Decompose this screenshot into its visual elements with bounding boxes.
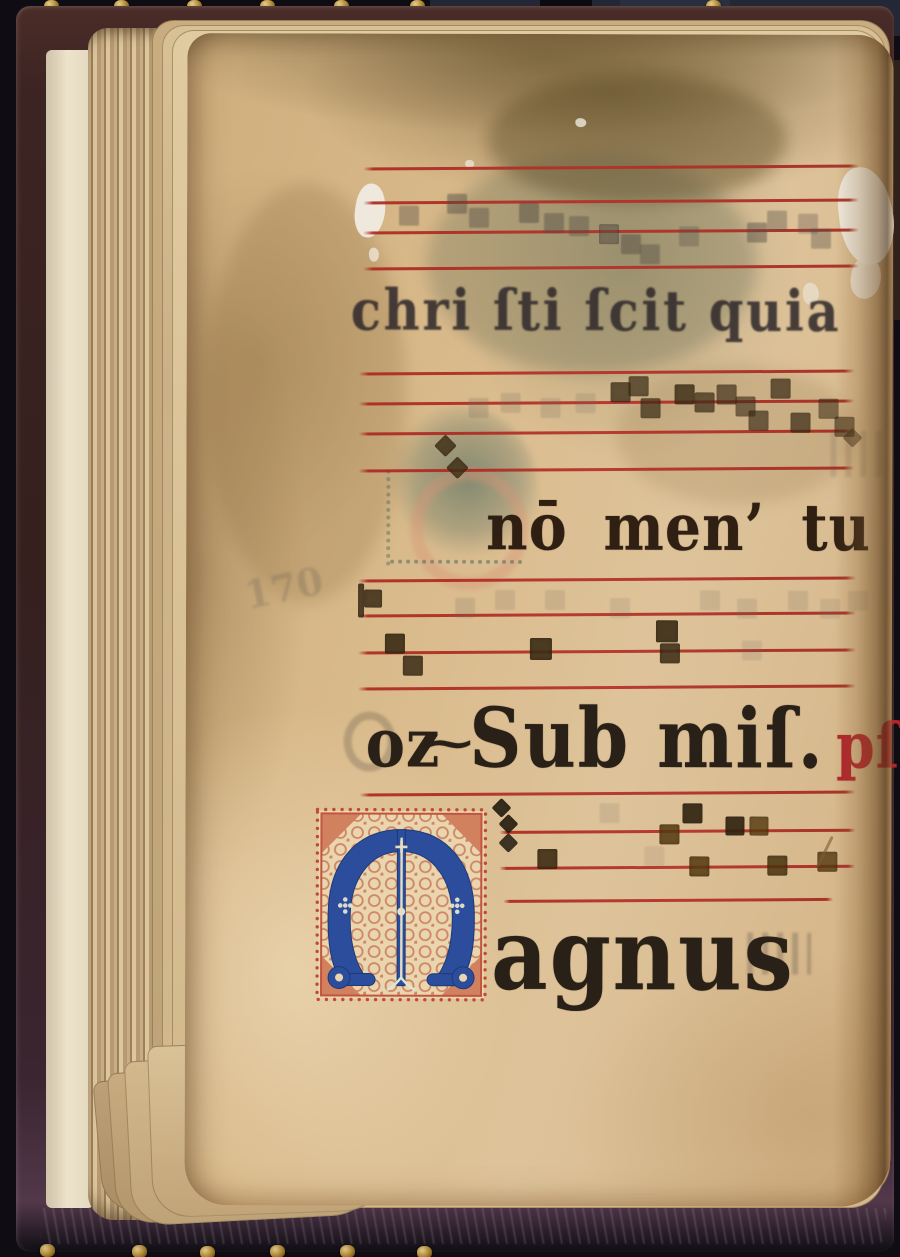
staff-line — [359, 399, 855, 405]
neume — [700, 590, 720, 610]
neume — [725, 816, 744, 835]
neume — [689, 856, 709, 876]
chant-text-line-1: chri ſti ſcit quia — [351, 278, 842, 345]
neume — [364, 590, 382, 608]
neume — [403, 656, 423, 676]
neume — [717, 384, 737, 404]
chant-text-line-3: oz ~ Sub miſ. pſ — [366, 690, 900, 788]
neume — [569, 216, 589, 236]
neume — [544, 213, 564, 233]
neume — [682, 803, 702, 823]
neume — [656, 620, 678, 642]
neume — [495, 590, 515, 610]
neume — [621, 234, 641, 254]
manuscript-page: 170 — [184, 33, 893, 1207]
neume — [469, 208, 489, 228]
neume — [537, 849, 557, 869]
neume — [599, 803, 619, 823]
neume — [811, 229, 831, 249]
neume — [629, 376, 649, 396]
neume — [545, 590, 565, 610]
neume — [788, 591, 808, 611]
endpaper — [46, 50, 94, 1208]
staff-line — [363, 165, 859, 171]
neume — [446, 456, 469, 479]
neume — [737, 599, 757, 619]
neume — [640, 244, 660, 264]
initial-M-illumination — [315, 807, 488, 1001]
neume — [767, 856, 787, 876]
neume — [434, 434, 457, 457]
neume — [399, 206, 419, 226]
neume — [771, 379, 791, 399]
neume — [385, 634, 405, 654]
neume — [519, 203, 539, 223]
staff-line — [358, 429, 854, 435]
neume — [469, 398, 489, 418]
neume — [599, 224, 619, 244]
neume — [742, 641, 762, 661]
staff-line — [358, 466, 854, 472]
neume — [541, 398, 561, 418]
pen-swash: ~ — [420, 718, 479, 769]
neume — [501, 393, 521, 413]
chant-text-line-2: nō men’ tu — [486, 490, 871, 567]
staff-line — [358, 648, 856, 654]
staff-line — [358, 576, 856, 582]
staff-line — [359, 369, 855, 375]
neume — [660, 643, 680, 663]
neume — [644, 846, 664, 866]
manuscript-photo: 170 — [0, 0, 900, 1257]
neume — [749, 817, 768, 836]
decorated-initial-M — [315, 807, 488, 1001]
neume — [447, 194, 467, 214]
neume — [576, 393, 596, 413]
neume — [747, 223, 767, 243]
backdrop-panel — [893, 60, 900, 320]
neume — [695, 392, 715, 412]
neume — [679, 226, 699, 246]
staff-line — [360, 791, 856, 797]
chant-word: Sub miſ. — [469, 690, 825, 787]
staff-line — [363, 199, 859, 205]
chant-text-line-4: agnus — [491, 896, 795, 1013]
neume — [455, 598, 475, 618]
neume — [499, 833, 519, 853]
neume — [767, 211, 787, 231]
neume — [790, 413, 810, 433]
neume — [659, 824, 679, 844]
staff-line — [363, 265, 859, 271]
neume — [675, 384, 695, 404]
notation-layer — [184, 33, 893, 1207]
neume — [530, 638, 552, 660]
neume — [641, 398, 661, 418]
neume — [748, 411, 768, 431]
staff-line — [358, 611, 856, 617]
neume — [610, 598, 630, 618]
page-curl-shadow — [832, 35, 893, 1207]
